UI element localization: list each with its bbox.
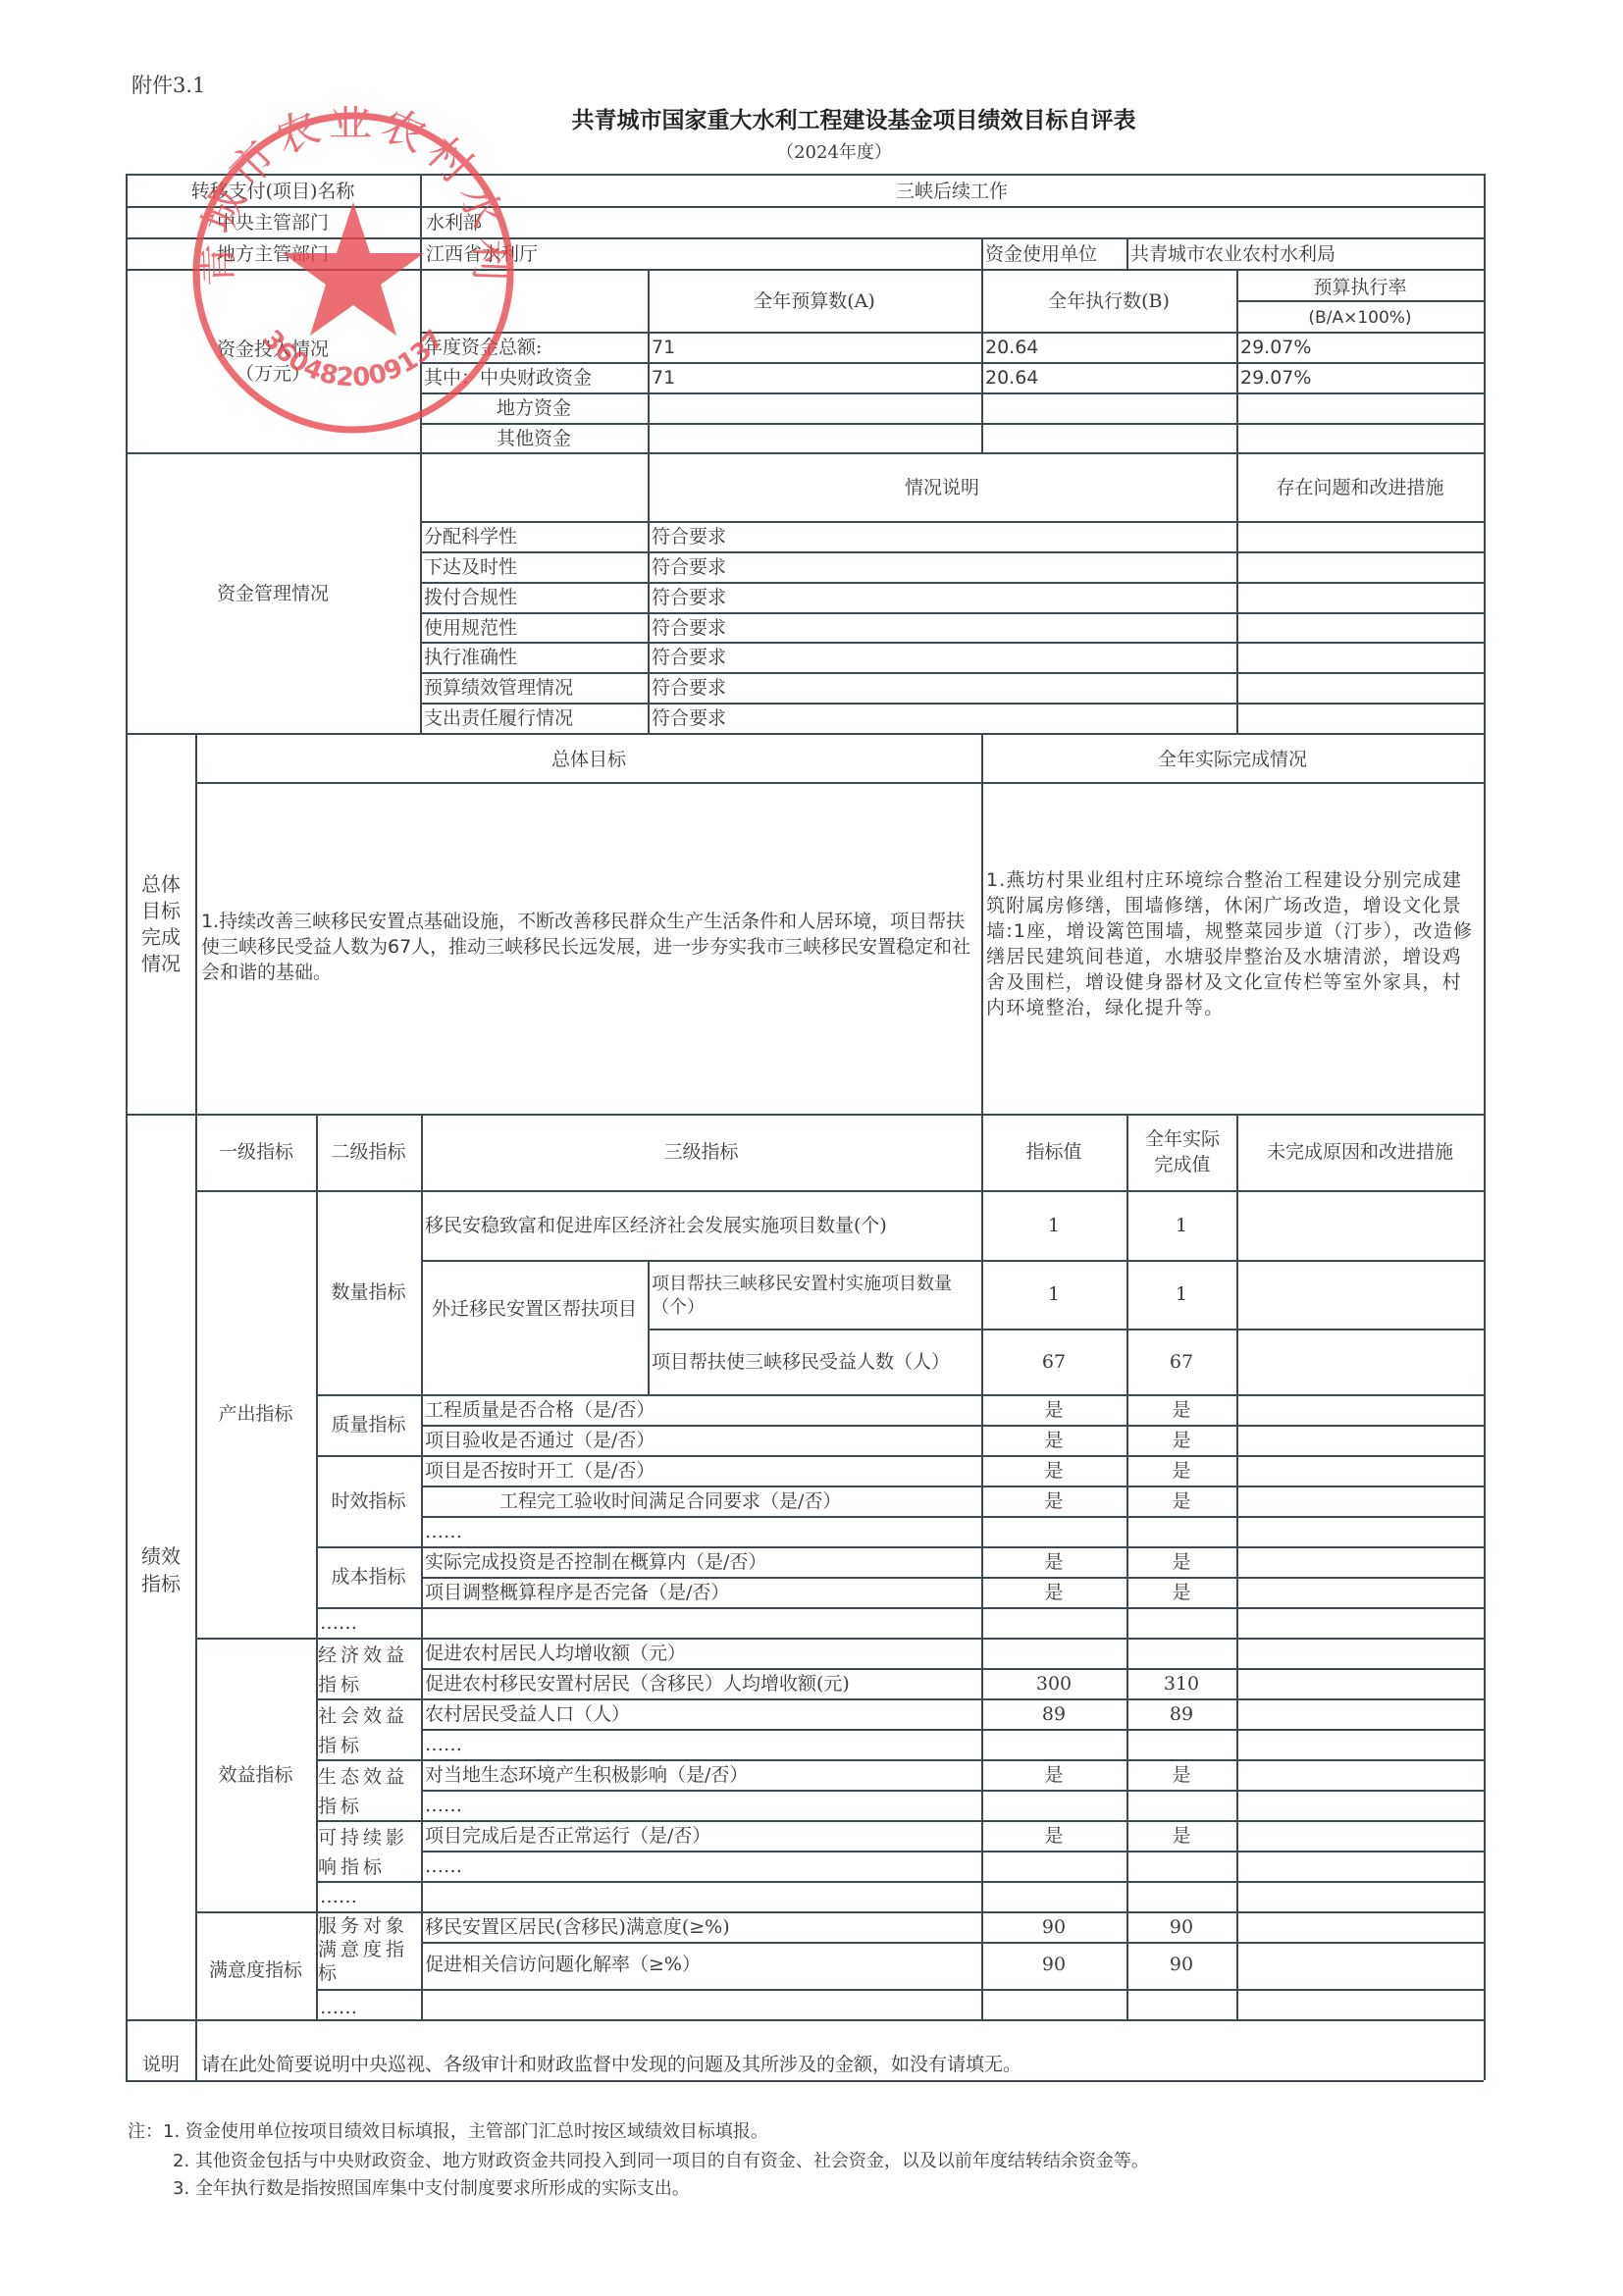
remarks-label: 说明	[128, 2054, 194, 2075]
grid-hline	[195, 1190, 1484, 1192]
level1-satisfaction: 满意度指标	[195, 1959, 316, 1981]
page-subtitle: （2024年度）	[687, 142, 981, 164]
grid-hline	[316, 1820, 1484, 1822]
management-row-label: 分配科学性	[424, 526, 517, 548]
central-dept-label: 中央主管部门	[128, 212, 418, 234]
funding-unit-label: （万元）	[128, 363, 418, 385]
grid-hline	[420, 612, 1484, 614]
header-level2: 二级指标	[316, 1141, 421, 1163]
indicator-target: 67	[981, 1351, 1126, 1373]
level2-quantity: 数量指标	[316, 1281, 421, 1303]
grid-hline	[1236, 300, 1484, 302]
col-executed-header: 全年执行数(B)	[981, 290, 1236, 312]
attachment-label: 附件3.1	[131, 75, 205, 96]
note-1: 注：1. 资金使用单位按项目绩效目标填报，主管部门汇总时按区域绩效目标填报。	[128, 2121, 768, 2143]
indicator-name: ……	[425, 1734, 462, 1755]
management-section-label: 资金管理情况	[128, 583, 418, 604]
central-dept-value: 水利部	[426, 212, 482, 234]
indicator-actual: 90	[1126, 1916, 1236, 1938]
grid-hline	[195, 1638, 1484, 1640]
funding-executed-value: 20.64	[985, 337, 1038, 358]
grid-hline	[421, 1260, 1484, 1262]
level2-cost: 成本指标	[316, 1566, 421, 1588]
remarks-text: 请在此处简要说明中央巡视、各级审计和财政监督中发现的问题及其所涉及的金额，如没有…	[201, 2054, 1021, 2075]
note-2: 2. 其他资金包括与中央财政资金、地方财政资金共同投入到同一项目的自有资金、社会…	[173, 2151, 1149, 2172]
grid-vline	[195, 2019, 197, 2080]
overall-actual-text: 1.燕坊村果业组村庄环境综合整治工程建设分别完成建筑附属房修缮，围墙修缮，休闲广…	[986, 867, 1481, 1020]
indicator-name: 促进农村移民安置村居民（含移民）人均增收额(元)	[425, 1673, 850, 1695]
grid-hline	[420, 362, 1484, 364]
indicator-target: 300	[981, 1673, 1126, 1695]
grid-vline	[420, 269, 422, 733]
indicator-actual: 1	[1126, 1283, 1236, 1305]
indicator-actual: 89	[1126, 1703, 1236, 1725]
grid-hline	[421, 1516, 1484, 1518]
indicator-name: ……	[425, 1795, 462, 1816]
grid-hline	[648, 1329, 1484, 1331]
indicator-actual: 是	[1126, 1460, 1236, 1482]
grid-vline	[648, 269, 650, 733]
level2-timeliness: 时效指标	[316, 1490, 421, 1512]
grid-hline	[316, 1455, 1484, 1457]
indicator-target: 是	[981, 1551, 1126, 1573]
management-row-label: 预算绩效管理情况	[424, 677, 573, 699]
indicator-name: 项目完成后是否正常运行（是/否）	[425, 1825, 710, 1847]
grid-hline	[126, 206, 1484, 208]
project-name-value: 三峡后续工作	[422, 181, 1482, 202]
grid-vline	[126, 174, 128, 2080]
grid-hline	[421, 1790, 1484, 1792]
fund-user-value: 共青城市农业农村水利局	[1130, 243, 1335, 265]
grid-hline	[420, 551, 1484, 553]
grid-vline	[195, 733, 197, 1114]
grid-hline	[421, 1729, 1484, 1731]
grid-hline	[316, 1881, 1484, 1883]
indicator-name: ……	[425, 1521, 462, 1542]
indicator-subgroup: 外迁移民安置区帮扶项目	[421, 1297, 648, 1321]
fund-user-label: 资金使用单位	[985, 243, 1097, 265]
management-row-label: 执行准确性	[424, 647, 517, 668]
indicator-actual: 67	[1126, 1351, 1236, 1373]
management-row-desc: 符合要求	[652, 587, 726, 608]
level1-output: 产出指标	[195, 1403, 316, 1425]
funding-budget-value: 71	[652, 367, 675, 389]
grid-hline	[316, 1989, 1484, 1991]
col-actual-header: 全年实际完成情况	[981, 749, 1484, 770]
indicator-actual: 90	[1126, 1954, 1236, 1975]
grid-hline	[126, 2019, 1484, 2021]
page-title: 共青城市国家重大水利工程建设基金项目绩效目标自评表	[393, 110, 1315, 131]
grid-vline	[1484, 174, 1486, 2080]
grid-hline	[126, 269, 1484, 271]
indicator-actual: 是	[1126, 1490, 1236, 1512]
grid-hline	[126, 1114, 1484, 1116]
indicator-target: 90	[981, 1954, 1126, 1975]
col-desc-header: 情况说明	[648, 477, 1236, 498]
grid-hline	[316, 1546, 1484, 1548]
official-seal-icon: 共青城市农业农村水利局 360482009137	[186, 106, 520, 440]
header-target: 指标值	[981, 1141, 1126, 1163]
grid-hline	[421, 1486, 1484, 1487]
management-row-desc: 符合要求	[652, 647, 726, 668]
indicator-target: 89	[981, 1703, 1126, 1725]
funding-row-label: 地方资金	[420, 397, 648, 419]
indicator-target: 是	[981, 1825, 1126, 1847]
col-rate-formula: (B/A×100%)	[1236, 307, 1484, 329]
level1-benefit: 效益指标	[195, 1764, 316, 1786]
indicator-target: 是	[981, 1582, 1126, 1603]
grid-hline	[420, 703, 1484, 704]
grid-hline	[421, 1942, 1484, 1944]
indicator-actual: 是	[1126, 1399, 1236, 1421]
funding-row-label: 年度资金总额:	[424, 337, 542, 358]
grid-hline	[421, 1425, 1484, 1427]
indicator-target: 90	[981, 1916, 1126, 1938]
grid-hline	[421, 1851, 1484, 1852]
grid-vline	[648, 1260, 650, 1394]
level2-sustainable: 可持续影响指标	[318, 1823, 419, 1882]
overall-goal-text: 1.持续改善三峡移民安置点基础设施，不断改善移民群众生产生活条件和人居环境，项目…	[201, 909, 976, 985]
indicator-actual: 是	[1126, 1582, 1236, 1603]
indicator-name: 工程完工验收时间满足合同要求（是/否）	[499, 1490, 841, 1512]
indicator-name: 项目验收是否通过（是/否）	[425, 1430, 654, 1451]
management-row-label: 下达及时性	[424, 556, 517, 578]
indicator-actual: 是	[1126, 1764, 1236, 1786]
grid-hline	[420, 423, 1484, 425]
indicator-actual: 是	[1126, 1825, 1236, 1847]
grid-hline	[316, 1607, 1484, 1609]
indicator-name: 农村居民受益人口（人）	[425, 1703, 630, 1725]
grid-hline	[316, 1759, 1484, 1761]
indicator-name: 实际完成投资是否控制在概算内（是/否）	[425, 1551, 766, 1573]
indicator-name: 项目帮扶三峡移民安置村实施项目数量（个）	[652, 1273, 980, 1320]
grid-hline	[421, 1668, 1484, 1670]
indicator-target: 是	[981, 1430, 1126, 1451]
level2-quality: 质量指标	[316, 1414, 421, 1435]
grid-vline	[981, 733, 983, 1114]
col-rate-header: 预算执行率	[1236, 277, 1484, 298]
management-row-desc: 符合要求	[652, 556, 726, 578]
header-level1: 一级指标	[196, 1141, 316, 1163]
grid-hline	[126, 452, 1484, 454]
management-row-label: 支出责任履行情况	[424, 707, 573, 729]
indicator-actual: 是	[1126, 1430, 1236, 1451]
indicator-name: 项目调整概算程序是否完备（是/否）	[425, 1582, 729, 1603]
grid-vline	[1126, 237, 1128, 269]
grid-hline	[195, 782, 1484, 784]
funding-executed-value: 20.64	[985, 367, 1038, 389]
management-row-label: 拨付合规性	[424, 587, 517, 608]
grid-hline	[126, 174, 1484, 176]
indicator-actual: 1	[1126, 1215, 1236, 1236]
indicator-name: 促进相关信访问题化解率（≥%）	[425, 1954, 701, 1975]
performance-section-label: 绩效指标	[135, 1542, 186, 1597]
indicator-target: 是	[981, 1399, 1126, 1421]
header-level3: 三级指标	[421, 1141, 981, 1163]
management-row-label: 使用规范性	[424, 617, 517, 639]
col-budget-header: 全年预算数(A)	[648, 290, 981, 312]
note-3: 3. 全年执行数是指按照国库集中支付制度要求所形成的实际支出。	[173, 2178, 690, 2200]
funding-budget-value: 71	[652, 337, 675, 358]
indicator-name: 移民安置区居民(含移民)满意度(≥%)	[425, 1916, 730, 1938]
funding-rate-value: 29.07%	[1240, 337, 1311, 358]
indicator-name: 促进农村居民人均增收额（元）	[425, 1643, 686, 1664]
indicator-name: 工程质量是否合格（是/否）	[425, 1399, 654, 1421]
management-row-desc: 符合要求	[652, 617, 726, 639]
indicator-name: 对当地生态环境产生积极影响（是/否）	[425, 1764, 748, 1786]
indicator-target: 1	[981, 1215, 1126, 1236]
grid-hline	[316, 1698, 1484, 1700]
col-goal-header: 总体目标	[196, 749, 981, 770]
grid-hline	[316, 1394, 1484, 1396]
col-issues-header: 存在问题和改进措施	[1236, 477, 1484, 498]
management-row-desc: 符合要求	[652, 677, 726, 699]
indicator-name: 移民安稳致富和促进库区经济社会发展实施项目数量(个)	[425, 1215, 887, 1236]
level2-ellipsis: ……	[320, 1886, 357, 1907]
level2-social: 社会效益指标	[318, 1701, 419, 1760]
grid-hline	[420, 392, 1484, 394]
indicator-target: 是	[981, 1764, 1126, 1786]
project-name-label: 转移支付(项目)名称	[128, 181, 418, 202]
funding-section-label: 资金投入情况	[128, 339, 418, 360]
management-row-desc: 符合要求	[652, 526, 726, 548]
level2-ecological: 生态效益指标	[318, 1762, 419, 1821]
grid-hline	[420, 672, 1484, 674]
grid-vline	[421, 1114, 423, 2019]
funding-row-label: 其中：中央财政资金	[424, 367, 592, 389]
indicator-target: 是	[981, 1490, 1126, 1512]
level2-service-satisfaction: 服务对象满意度指标	[318, 1914, 419, 1985]
funding-row-label: 其他资金	[420, 428, 648, 449]
header-reason: 未完成原因和改进措施	[1236, 1141, 1484, 1163]
indicator-name: 项目是否按时开工（是/否）	[425, 1460, 654, 1482]
grid-hline	[420, 332, 1484, 334]
indicator-target: 是	[981, 1460, 1126, 1482]
grid-hline	[126, 237, 1484, 239]
grid-hline	[126, 2080, 1484, 2082]
indicator-name: 项目帮扶使三峡移民受益人数（人）	[652, 1351, 950, 1373]
level2-economic: 经济效益指标	[318, 1641, 419, 1699]
grid-hline	[195, 1911, 1484, 1913]
grid-hline	[420, 642, 1484, 644]
header-actual: 全年实际完成值	[1138, 1126, 1227, 1177]
local-dept-label: 地方主管部门	[128, 243, 418, 265]
management-row-desc: 符合要求	[652, 707, 726, 729]
level2-ellipsis: ……	[320, 1612, 357, 1634]
grid-vline	[1236, 269, 1238, 733]
grid-vline	[195, 1114, 197, 2019]
grid-hline	[420, 521, 1484, 523]
grid-hline	[420, 582, 1484, 584]
indicator-name: ……	[425, 1855, 462, 1877]
overall-goal-section-label: 总体目标完成情况	[135, 871, 186, 977]
grid-hline	[421, 1577, 1484, 1579]
grid-vline	[1236, 1114, 1238, 2019]
indicator-target: 1	[981, 1283, 1126, 1305]
funding-rate-value: 29.07%	[1240, 367, 1311, 389]
level2-ellipsis: ……	[320, 1997, 357, 2018]
grid-hline	[126, 733, 1484, 735]
indicator-actual: 是	[1126, 1551, 1236, 1573]
grid-vline	[981, 237, 983, 269]
local-dept-value: 江西省水利厅	[426, 243, 538, 265]
indicator-actual: 310	[1126, 1673, 1236, 1695]
